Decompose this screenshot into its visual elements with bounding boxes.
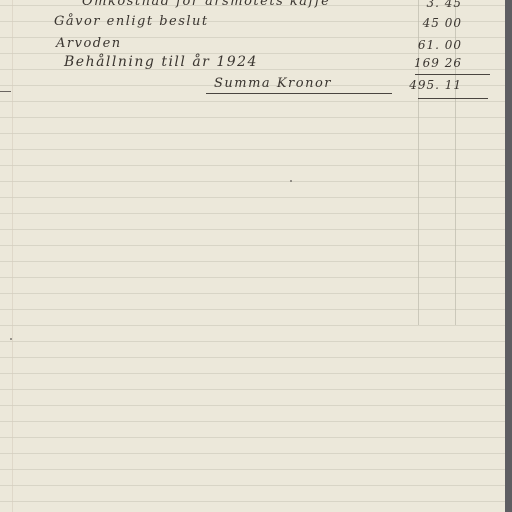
ledger-page: Omkostnad för årsmötets kaffe 3. 45 Gåvo…	[0, 0, 505, 512]
entry-amount: 61. 00	[392, 38, 462, 52]
margin-tick	[0, 91, 11, 92]
entry-label: Omkostnad för årsmötets kaffe	[82, 0, 330, 9]
total-amount: 495. 11	[392, 78, 462, 92]
ink-speck	[10, 338, 12, 340]
entry-label: Arvoden	[56, 36, 122, 51]
entry-label: Gåvor enligt beslut	[54, 14, 209, 29]
total-label: Summa Kronor	[214, 76, 332, 91]
sum-rule	[415, 74, 490, 75]
entry-amount: 45 00	[392, 16, 462, 30]
entry-amount: 169 26	[392, 56, 462, 70]
entry-label: Behållning till år 1924	[64, 54, 258, 70]
entry-amount: 3. 45	[392, 0, 462, 10]
ink-speck	[290, 180, 292, 182]
total-label-underline	[206, 93, 392, 94]
scan-edge	[505, 0, 512, 512]
left-margin-rule	[12, 0, 13, 512]
total-underline	[418, 98, 488, 99]
